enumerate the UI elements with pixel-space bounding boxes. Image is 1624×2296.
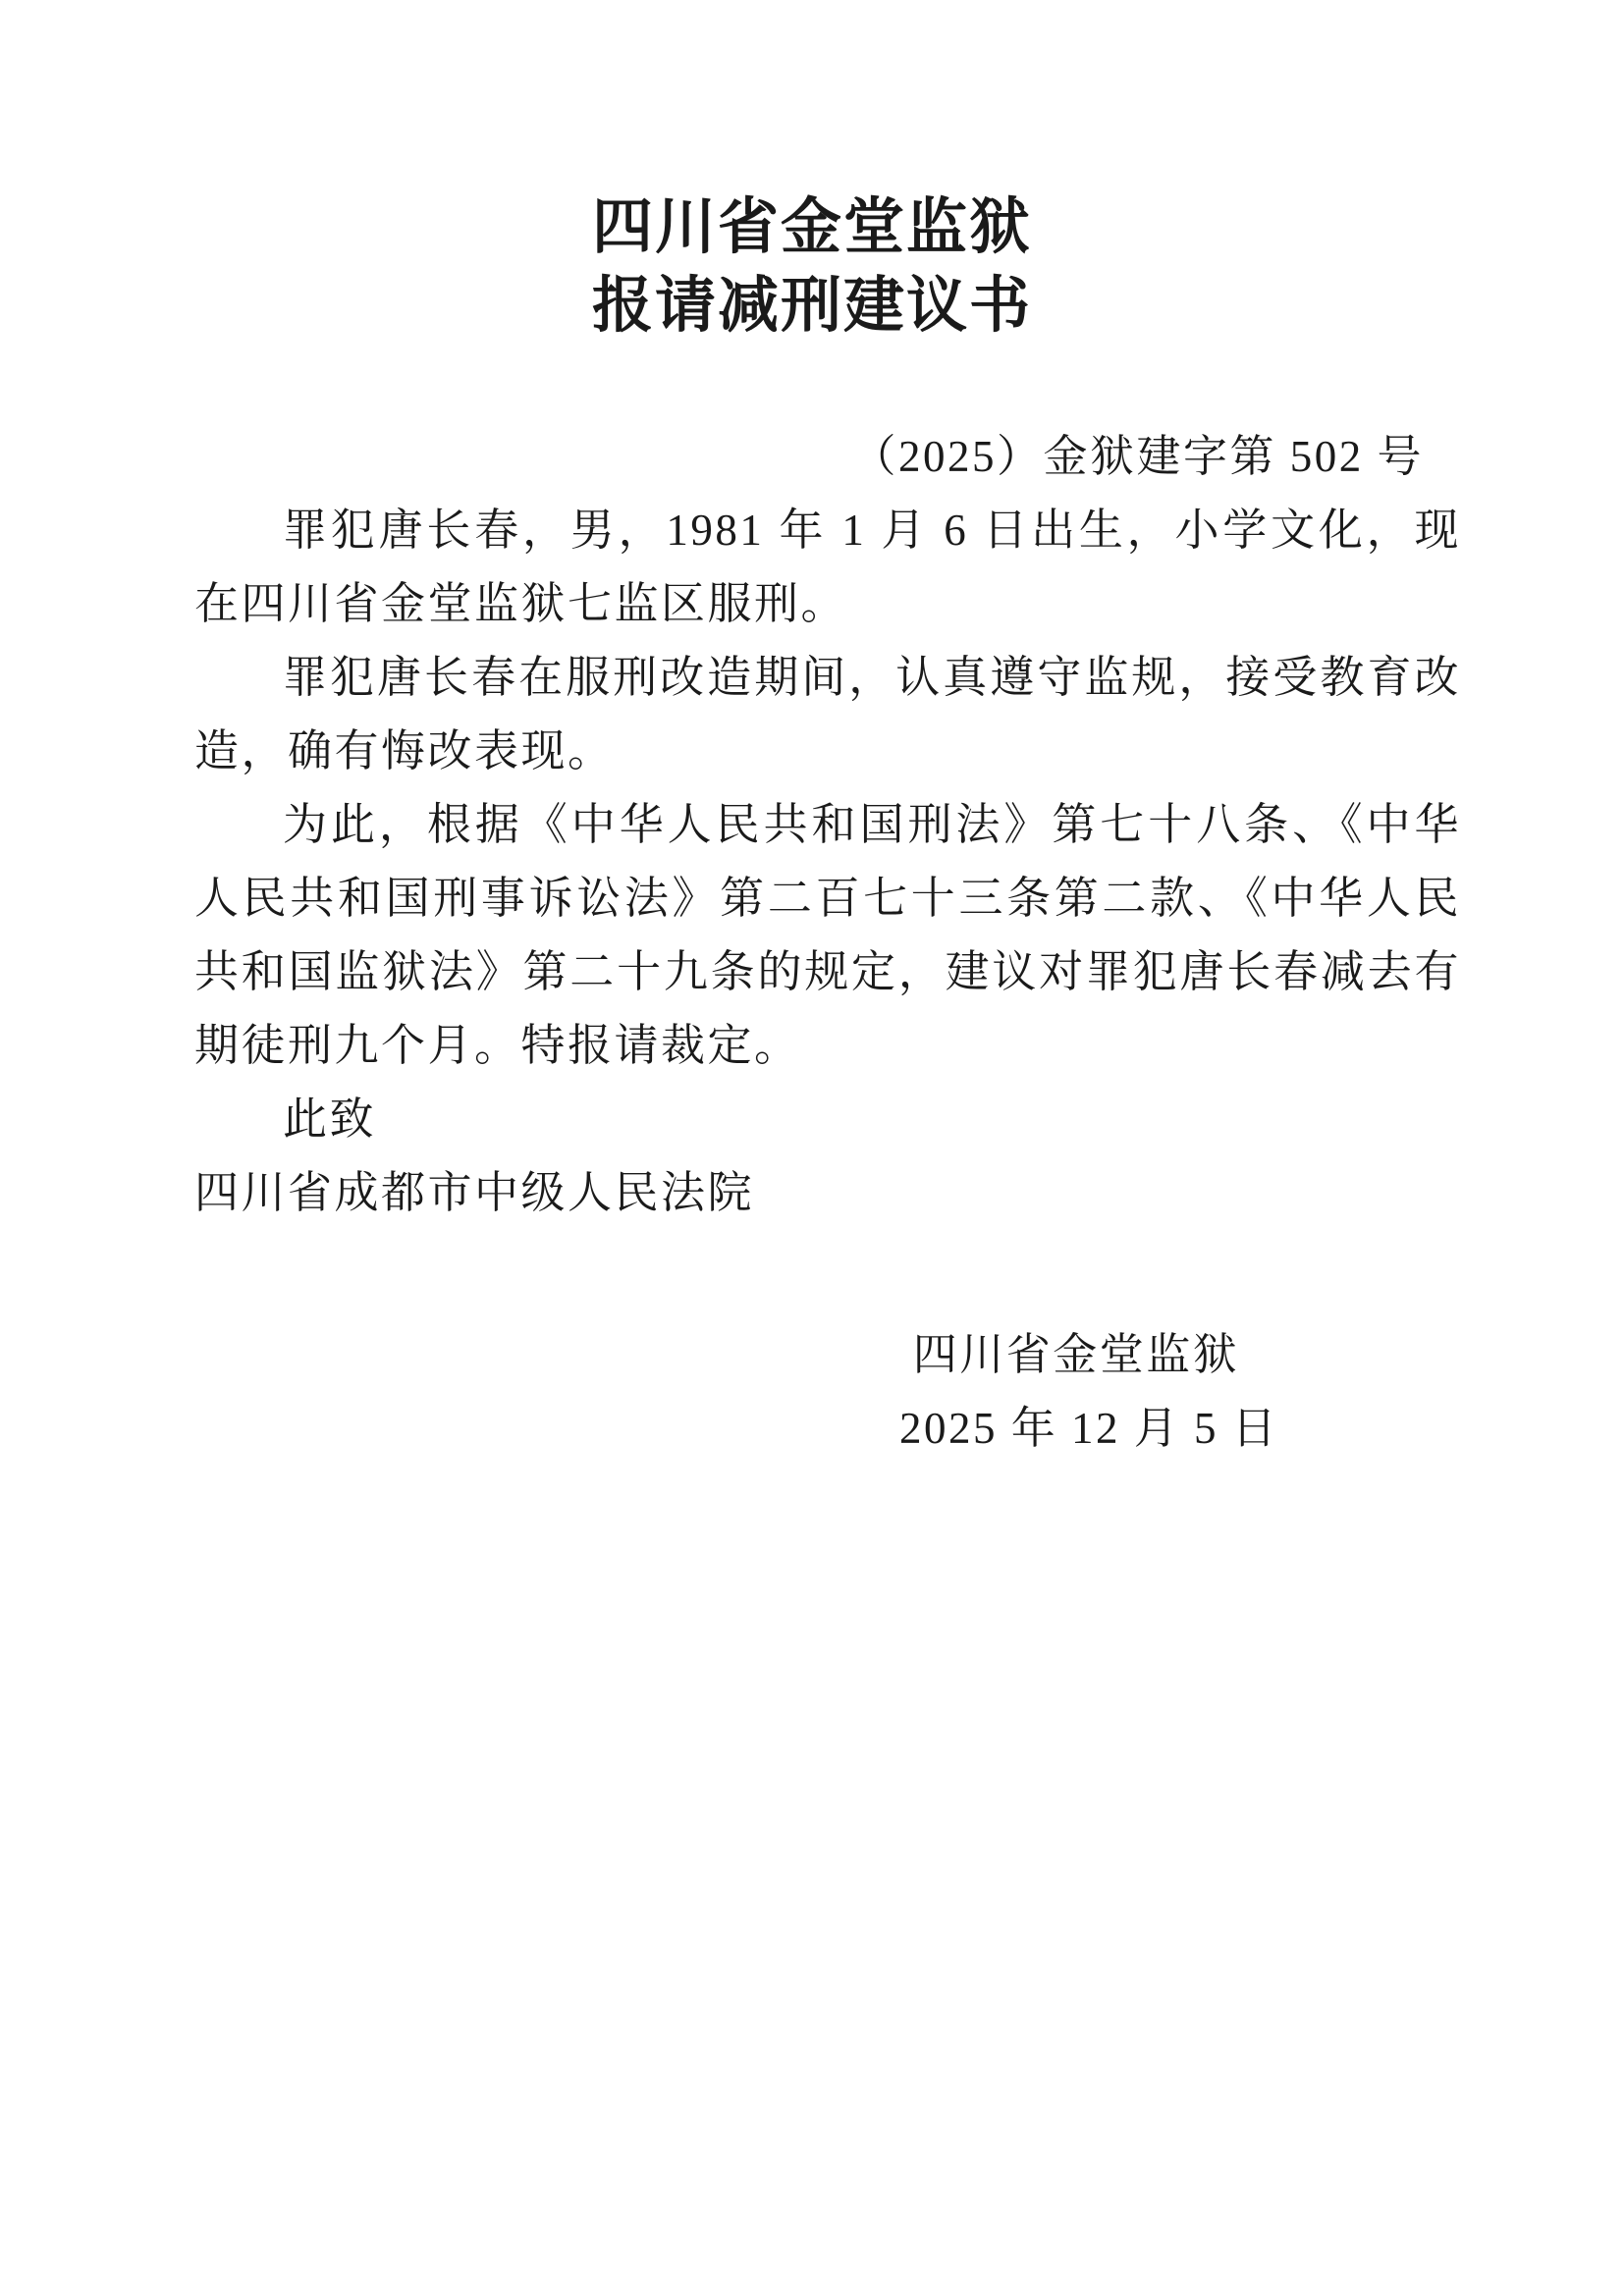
closing-recipient-court: 四川省成都市中级人民法院 (194, 1156, 1461, 1230)
signature-org: 四川省金堂监狱 (899, 1318, 1253, 1392)
document-body: （2025）金狱建字第 502 号 罪犯唐长春，男，1981 年 1 月 6 日… (194, 420, 1461, 1466)
paragraph-inmate-info: 罪犯唐长春，男，1981 年 1 月 6 日出生，小学文化，现在四川省金堂监狱七… (194, 494, 1461, 641)
document-title: 四川省金堂监狱 报请减刑建议书 (0, 188, 1624, 346)
closing-salutation: 此致 (194, 1083, 1461, 1156)
paragraph-conduct: 罪犯唐长春在服刑改造期间，认真遵守监规，接受教育改造，确有悔改表现。 (194, 641, 1461, 788)
page-title-line2: 报请减刑建议书 (0, 267, 1624, 346)
document-page: 四川省金堂监狱 报请减刑建议书 （2025）金狱建字第 502 号 罪犯唐长春，… (0, 0, 1624, 2296)
page-title-line1: 四川省金堂监狱 (0, 188, 1624, 267)
signature-date: 2025 年 12 月 5 日 (899, 1392, 1253, 1466)
document-number: （2025）金狱建字第 502 号 (194, 420, 1461, 494)
signature-block: 四川省金堂监狱 2025 年 12 月 5 日 (899, 1318, 1253, 1466)
paragraph-legal-basis: 为此，根据《中华人民共和国刑法》第七十八条、《中华人民共和国刑事诉讼法》第二百七… (194, 788, 1461, 1083)
